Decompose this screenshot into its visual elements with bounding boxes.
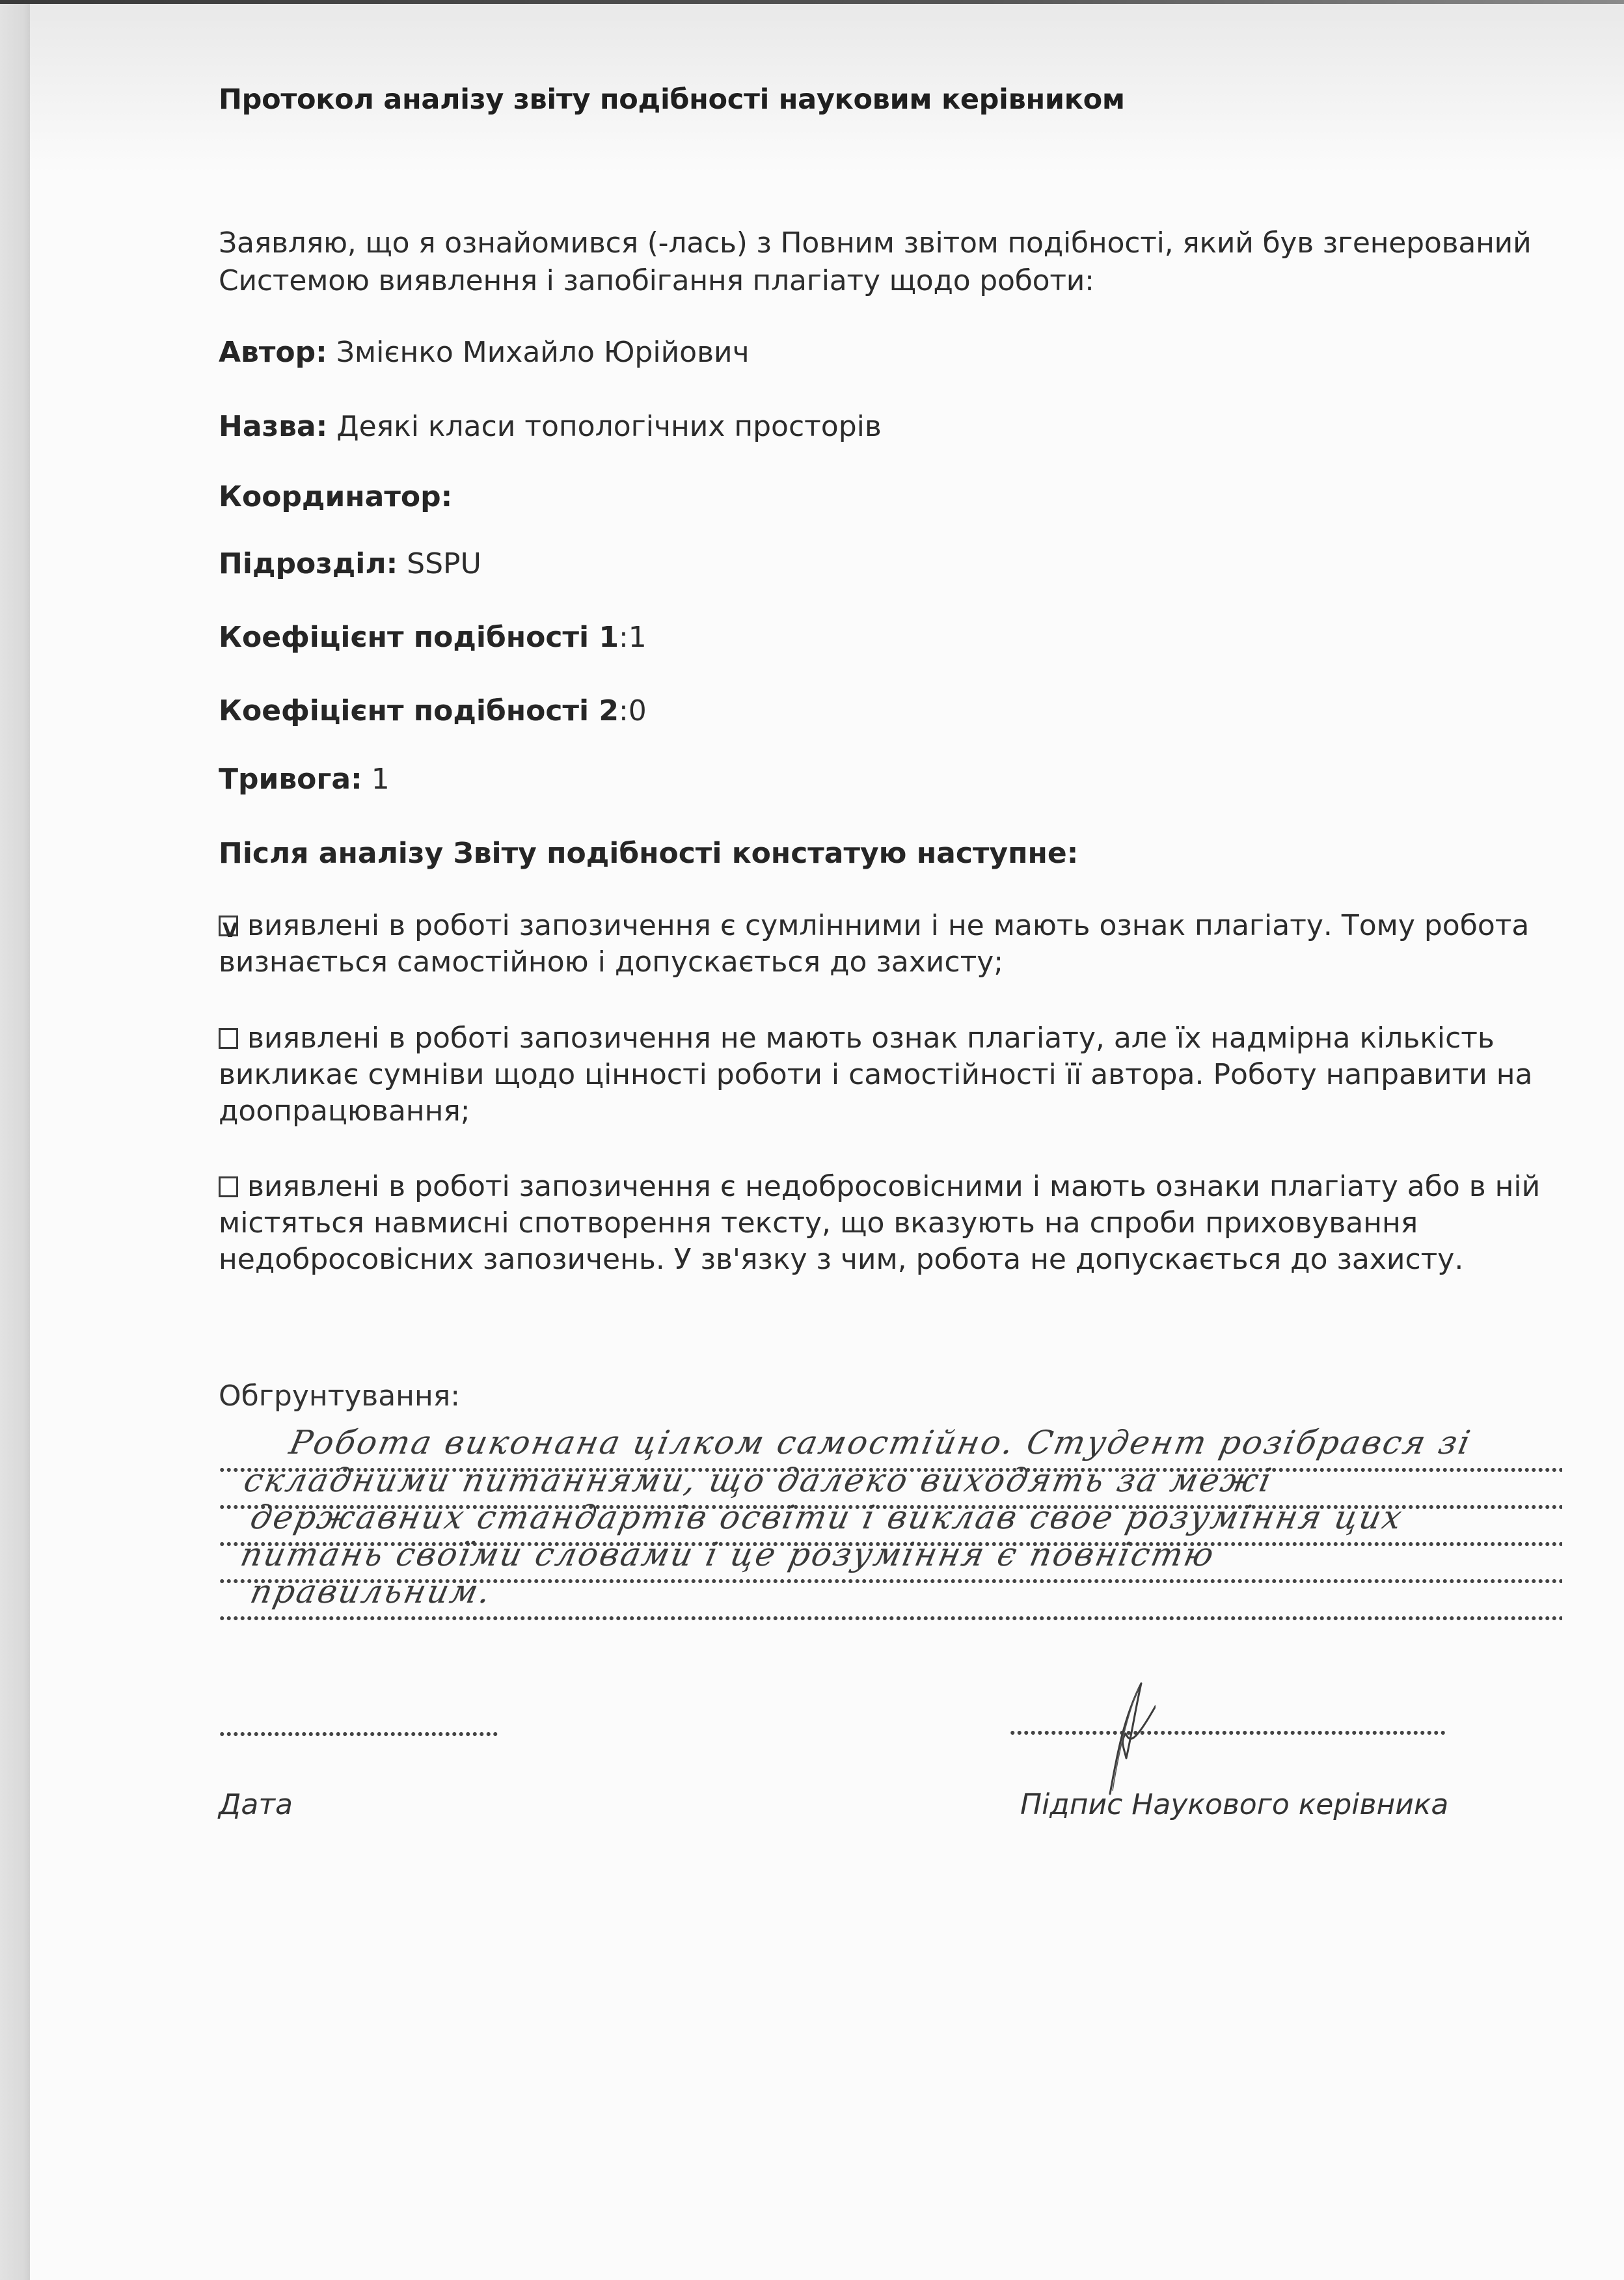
handwritten-line: Робота виконана цілком самостійно. Студе… (286, 1424, 1476, 1461)
intro-paragraph: Заявляю, що я ознайомився (-лась) з Повн… (219, 224, 1572, 300)
field-similarity-2-label: Коефіцієнт подібності 2 (219, 694, 619, 727)
field-title-value: Деякі класи топологічних просторів (336, 410, 882, 443)
option-conscientious: виявлені в роботі запозичення є сумлінни… (219, 908, 1572, 981)
option-excessive-text: виявлені в роботі запозичення не мають о… (219, 1022, 1533, 1128)
field-coordinator-label: Координатор: (219, 480, 452, 513)
justification-label: Обгрунтування: (219, 1379, 460, 1413)
option-plagiarism-text: виявлені в роботі запозичення є недоброс… (219, 1170, 1540, 1276)
field-similarity-2: Коефіцієнт подібності 2:0 (219, 692, 647, 730)
handwritten-line: державних стандартів освіти і виклав сво… (247, 1499, 1407, 1536)
checkbox-unchecked-icon[interactable] (219, 1028, 238, 1049)
checkbox-unchecked-icon[interactable] (219, 1176, 238, 1197)
field-department: Підрозділ: SSPU (219, 545, 481, 583)
date-line[interactable] (219, 1731, 498, 1737)
field-similarity-1: Коефіцієнт подібності 1:1 (219, 619, 647, 657)
handwritten-line: питань своїми словами і це розуміння є п… (237, 1536, 1219, 1573)
field-department-label: Підрозділ: (219, 547, 398, 580)
document-title: Протокол аналізу звіту подібності науков… (219, 83, 1125, 116)
signature-mark-icon (1071, 1680, 1156, 1797)
date-caption: Дата (219, 1788, 293, 1821)
field-title-label: Назва: (219, 410, 327, 443)
conclusion-heading: Після аналізу Звіту подібності констатую… (219, 835, 1078, 873)
field-alarm-value: 1 (372, 763, 390, 796)
handwritten-line: складними питаннями, що далеко виходять … (241, 1461, 1277, 1499)
field-alarm-label: Тривога: (219, 763, 362, 796)
option-excessive: виявлені в роботі запозичення не мають о… (219, 1020, 1572, 1130)
signature-caption: Підпис Наукового керівника (1020, 1788, 1448, 1821)
field-similarity-1-value: :1 (619, 621, 647, 654)
field-alarm: Тривога: 1 (219, 761, 390, 798)
checkbox-checked-icon[interactable] (219, 916, 238, 936)
field-similarity-1-label: Коефіцієнт подібності 1 (219, 621, 619, 654)
scan-edge-left (0, 4, 30, 2280)
field-similarity-2-value: :0 (619, 694, 647, 727)
field-department-value: SSPU (407, 547, 481, 580)
field-author-label: Автор: (219, 336, 327, 369)
field-title: Назва: Деякі класи топологічних просторі… (219, 408, 882, 446)
option-plagiarism: виявлені в роботі запозичення є недоброс… (219, 1169, 1572, 1278)
dotted-rule (219, 1615, 1562, 1622)
field-coordinator: Координатор: (219, 478, 452, 516)
option-conscientious-text: виявлені в роботі запозичення є сумлінни… (219, 909, 1529, 979)
handwritten-line: правильним. (247, 1573, 496, 1610)
field-author-value: Змієнко Михайло Юрійович (336, 336, 750, 369)
field-author: Автор: Змієнко Михайло Юрійович (219, 334, 750, 372)
